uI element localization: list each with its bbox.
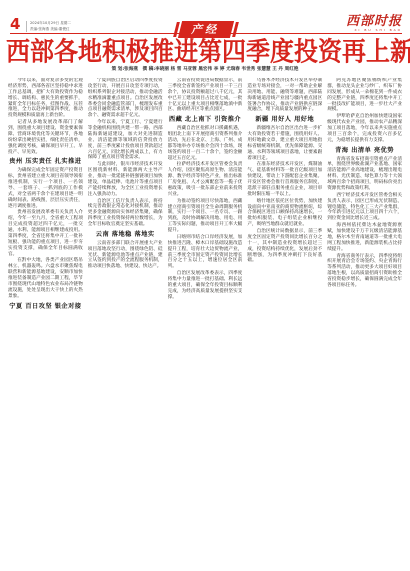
masthead: 西部时报 XI BU SHI BAO [346,15,402,32]
body-paragraph: 云南省投资促进局数据显示，前三季度全省新签约产业项目一千三百余个，协议投资额超过… [168,78,243,113]
column-subhead: 西藏 北上南下 引资推介 [168,116,243,123]
body-paragraph: 自治区工信厅负责人表示，将持续完善政银企常态化对接机制，推动更多金融资源向实体经… [88,199,163,228]
header-credits: 2024年10月29日 星期二 责编:张海燕 美编:董俊红 [26,21,71,32]
body-paragraph: 新疆维吾尔自治区出台进一步扩大有效投资若干措施，围绕用好人、用好地做文章，建立重… [247,126,322,161]
article-column-2: 宁夏回族自治区启动四季度投资攻坚行动，开展百日攻坚专项行动，组织系列银企对接活动… [88,78,163,561]
page-header: 4 2024年10月29日 星期二 责编:张海燕 美编:董俊红 产经 西部时报 … [10,13,402,34]
body-paragraph: 海西州依托柴达木盆地资源禀赋，加快建设千万千瓦级清洁能源基地，格尔木至青南通道等… [327,223,402,252]
body-paragraph: 乌鲁木齐经济技术开发区举办制造业专场对接会，一对一帮助企业解决用地、用能、融资等… [247,78,322,113]
article-column-4: 乌鲁木齐经济技术开发区举办制造业专场对接会，一对一帮助企业解决用地、用能、融资等… [247,78,322,561]
byline: 策 划:张海燕 撰 稿:李晓丽 杨 雪 马亚蓉 黑宏伟 李 婷 尤瑞春 韦世秀 … [10,67,400,73]
newspaper-page: 4 2024年10月29日 星期二 责编:张海燕 美编:董俊红 产经 西部时报 … [0,0,410,571]
body-paragraph: 为确保完成全年固定资产投资目标，贵州省建立重大项目省领导领衔推进机制，实行一个项… [8,168,83,209]
body-paragraph: 阿克苏地区聚焦棉纺织产业集群，推动龙头企业与纱厂、织布厂协同发展，形成从一朵棉花… [327,78,402,113]
body-paragraph: 记者从多地发展改革部门了解到，围绕重大项目建设、资金要素保障、营商环境优化等关键… [8,120,83,155]
body-paragraph: 青海省商务厅表示，四季度将组织开展青洽会专场签约、央企青海行等系列活动，推动更多… [327,254,402,289]
article-column-5: 阿克苏地区聚焦棉纺织产业集群，推动龙头企业与纱厂、织布厂协同发展，形成从一朵棉花… [327,78,402,561]
section-badge: 产经 [178,21,234,38]
body-paragraph: 西藏自治区抢抓对口援藏机遇，组团北上南下开展招商引资系列推介活动，先后在北京、上… [168,126,243,161]
column-subhead: 新疆 用好人 用好地 [247,116,322,123]
body-paragraph: 青海省发布招商引资重点产业清单，围绕世界级盐湖产业基地、国家清洁能源产业高地建设… [327,157,402,192]
body-paragraph: 在黔中大地，各类产业园区塔吊林立、机器轰鸣。六盘水市聚焦煤电联营和新能源基地建设… [8,258,83,299]
masthead-caption: XI BU SHI BAO [346,28,402,32]
body-paragraph: 伊犁哈萨克自治州加快建设国家级现代农业产业园，推动农产品精深加工项目落地，今年以… [327,114,402,143]
editor-line: 责编:张海燕 美编:董俊红 [30,27,71,32]
body-paragraph: 贵州省发展改革委有关负责人介绍，今年一至九月，全省重大工程项目完成投资超过四千亿… [8,210,83,257]
body-paragraph: 自治区统计局数据显示，前三季度全区固定资产投资同比增长百分之十一，其中制造业投资… [247,229,322,264]
body-paragraph: 云南省多部门联合开展重大产业项目落地攻坚行动，围绕绿色铝、硅光伏、新能源电池等重… [88,241,163,270]
article-column-3: 云南省投资促进局数据显示，前三季度全省新签约产业项目一千三百余个，协议投资额超过… [168,78,243,561]
date-line: 2024年10月29日 星期二 [30,21,71,26]
column-subhead: 宁夏 百日攻坚 银企对接 [8,303,83,310]
body-paragraph: 在准东经济技术开发区，煤制油气、硅基新材料等一批百亿级项目加快建设，带动上下游配… [247,162,322,197]
body-paragraph: 西宁经济技术开发区管委会相关负责人表示，园区已形成光伏制造、锂电储能、特色化工三… [327,193,402,222]
column-subhead: 贵州 压实责任 扎实推进 [8,158,83,165]
column-subhead: 云南 落地稳 落地实 [88,231,163,238]
main-headline: 西部各地积极推进第四季度投资再上新台阶 [6,39,404,66]
body-paragraph: 宁夏回族自治区启动四季度投资攻坚行动，开展百日攻坚专项行动，组织系列银企对接活动… [88,78,163,119]
body-paragraph: 自治区发展改革委表示，四季度将集中力量推进一批打基础、利长远的重大项目，确保全年… [168,271,243,300]
section-badge-wrap: 产经 [173,21,239,38]
masthead-title: 西部时报 [346,15,402,28]
body-paragraph: 与此同时，银川市经济技术开发区围绕新材料、新能源两大主导产业，推动一批延链补链强… [88,162,163,197]
body-paragraph: 今年以来，面对复杂多变的宏观经济形势，西部各省区坚持稳中求进工作总基调，把扩大有… [8,78,83,119]
article-column-1: 今年以来，面对复杂多变的宏观经济形势，西部各省区坚持稳中求进工作总基调，把扩大有… [8,78,83,561]
body-paragraph: 喀什地区依托区位优势，加快建设面向中亚南亚的商贸物流枢纽，综合保税区进出口额保持… [247,199,322,228]
body-paragraph: 今年以来，宁夏工行、宁夏建行等金融机构围绕共建一带一路、西部陆海新通道建设，加大… [88,120,163,161]
body-paragraph: 为推动签约项目尽快落地，西藏建立招商引资项目全生命周期服务机制，实行一个项目、一… [168,199,243,234]
article-columns: 今年以来，面对复杂多变的宏观经济形势，西部各省区坚持稳中求进工作总基调，把扩大有… [8,78,402,561]
body-paragraph: 日喀则市结合口岸经济发展，加快推进吉隆、樟木口岸基础设施改造提升工程，培育壮大边… [168,235,243,270]
column-subhead: 青海 出清单 亮优势 [327,147,402,154]
body-paragraph: 拉萨经济技术开发区管委会负责人介绍，园区聚焦高原生物、清洁能源、数字经济等特色产… [168,162,243,197]
page-number: 4 [10,17,20,32]
